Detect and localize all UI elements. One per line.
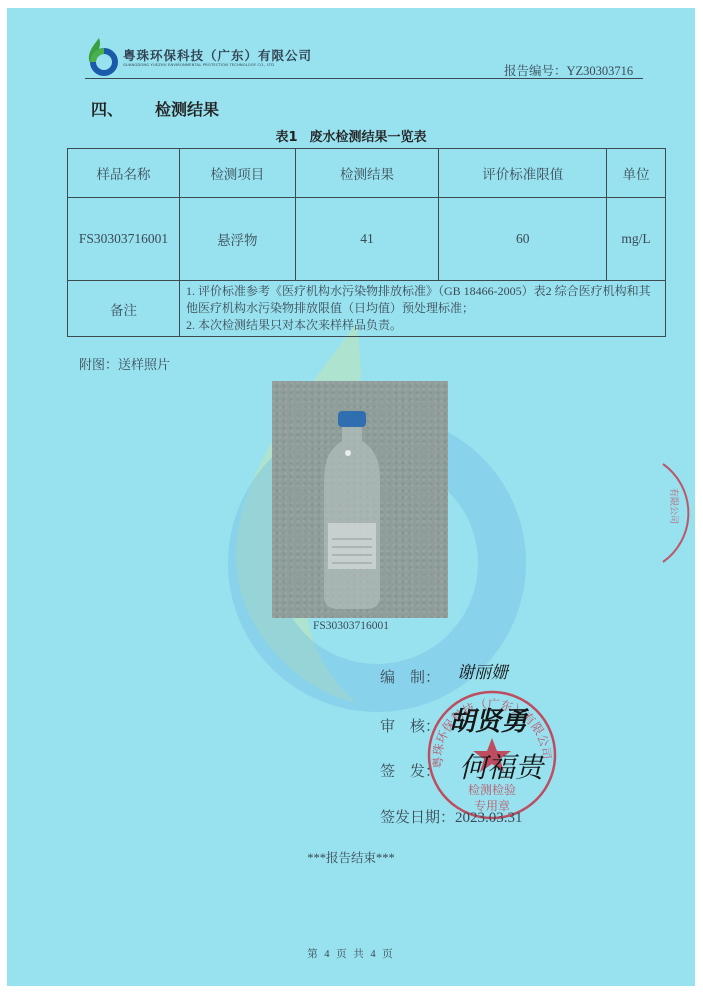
approved-by-row: 签发： bbox=[380, 760, 450, 781]
cell-result: 41 bbox=[295, 198, 439, 281]
column-header-unit: 单位 bbox=[607, 149, 666, 198]
report-end-mark: ***报告结束*** bbox=[7, 848, 695, 866]
section-number: 四、 bbox=[91, 100, 123, 119]
compiled-label-2: 制： bbox=[410, 670, 440, 686]
report-number-value: YZ30303716 bbox=[567, 64, 634, 78]
results-table: 样品名称 检测项目 检测结果 评价标准限值 单位 FS30303716001 悬… bbox=[67, 148, 666, 337]
compiled-by-row: 编制： bbox=[380, 666, 450, 687]
company-name-cn: 粤珠环保科技（广东）有限公司 bbox=[123, 46, 312, 64]
issue-date-value: 2023.03.31 bbox=[455, 810, 523, 826]
issue-date-row: 签发日期：2023.03.31 bbox=[380, 806, 523, 827]
approved-signature: 何福贵 bbox=[459, 746, 543, 786]
approved-label-2: 发： bbox=[410, 764, 440, 780]
attachment-label: 附图：送样照片 bbox=[79, 354, 170, 373]
svg-text:有限公司: 有限公司 bbox=[668, 488, 680, 524]
remarks-label: 备注 bbox=[68, 281, 180, 337]
column-header-sample-name: 样品名称 bbox=[68, 149, 180, 198]
table-header-row: 样品名称 检测项目 检测结果 评价标准限值 单位 bbox=[68, 149, 666, 198]
approved-label: 签 bbox=[380, 760, 410, 781]
reviewed-label-2: 核： bbox=[410, 719, 440, 735]
remark-item: 1. 评价标准参考《医疗机构水污染物排放标准》（GB 18466-2005）表2… bbox=[186, 283, 659, 317]
remark-item: 2. 本次检测结果只对本次来样样品负责。 bbox=[186, 317, 659, 334]
section-heading: 四、检测结果 bbox=[91, 97, 219, 120]
column-header-result: 检测结果 bbox=[295, 149, 439, 198]
cell-unit: mg/L bbox=[607, 198, 666, 281]
seam-stamp-icon: 有限公司 bbox=[659, 458, 695, 568]
report-number-label: 报告编号： bbox=[504, 64, 567, 78]
report-number: 报告编号：YZ30303716 bbox=[504, 61, 633, 79]
cell-limit: 60 bbox=[439, 198, 607, 281]
column-header-item: 检测项目 bbox=[179, 149, 295, 198]
table-caption: 表1废水检测结果一览表 bbox=[7, 126, 695, 145]
remarks-row: 备注 1. 评价标准参考《医疗机构水污染物排放标准》（GB 18466-2005… bbox=[68, 281, 666, 337]
company-logo-icon bbox=[85, 36, 119, 76]
reviewed-signature: 胡贤勇 bbox=[449, 701, 527, 738]
issue-date-label: 签发日期： bbox=[380, 810, 455, 826]
cell-item: 悬浮物 bbox=[179, 198, 295, 281]
column-header-limit: 评价标准限值 bbox=[439, 149, 607, 198]
photo-caption: FS30303716001 bbox=[7, 620, 695, 632]
reviewed-by-row: 审核： bbox=[380, 715, 450, 736]
section-title: 检测结果 bbox=[155, 100, 219, 119]
sample-bottle-icon bbox=[320, 411, 384, 611]
table-title: 废水检测结果一览表 bbox=[310, 130, 427, 145]
compiled-label: 编 bbox=[380, 666, 410, 687]
report-page: 粤珠环保科技（广东）有限公司 GUANGDONG YUEZHU ENVIRONM… bbox=[7, 8, 695, 986]
table-number: 表1 bbox=[275, 130, 297, 145]
reviewed-label: 审 bbox=[380, 715, 410, 736]
sample-photo bbox=[272, 381, 448, 618]
table-row: FS30303716001 悬浮物 41 60 mg/L bbox=[68, 198, 666, 281]
page-number: 第 4 页 共 4 页 bbox=[7, 946, 695, 961]
company-name-en: GUANGDONG YUEZHU ENVIRONMENTAL PROTECTIO… bbox=[123, 63, 274, 67]
cell-sample-name: FS30303716001 bbox=[68, 198, 180, 281]
compiled-signature: 谢丽姗 bbox=[457, 658, 508, 683]
remarks-text: 1. 评价标准参考《医疗机构水污染物排放标准》（GB 18466-2005）表2… bbox=[179, 281, 665, 337]
